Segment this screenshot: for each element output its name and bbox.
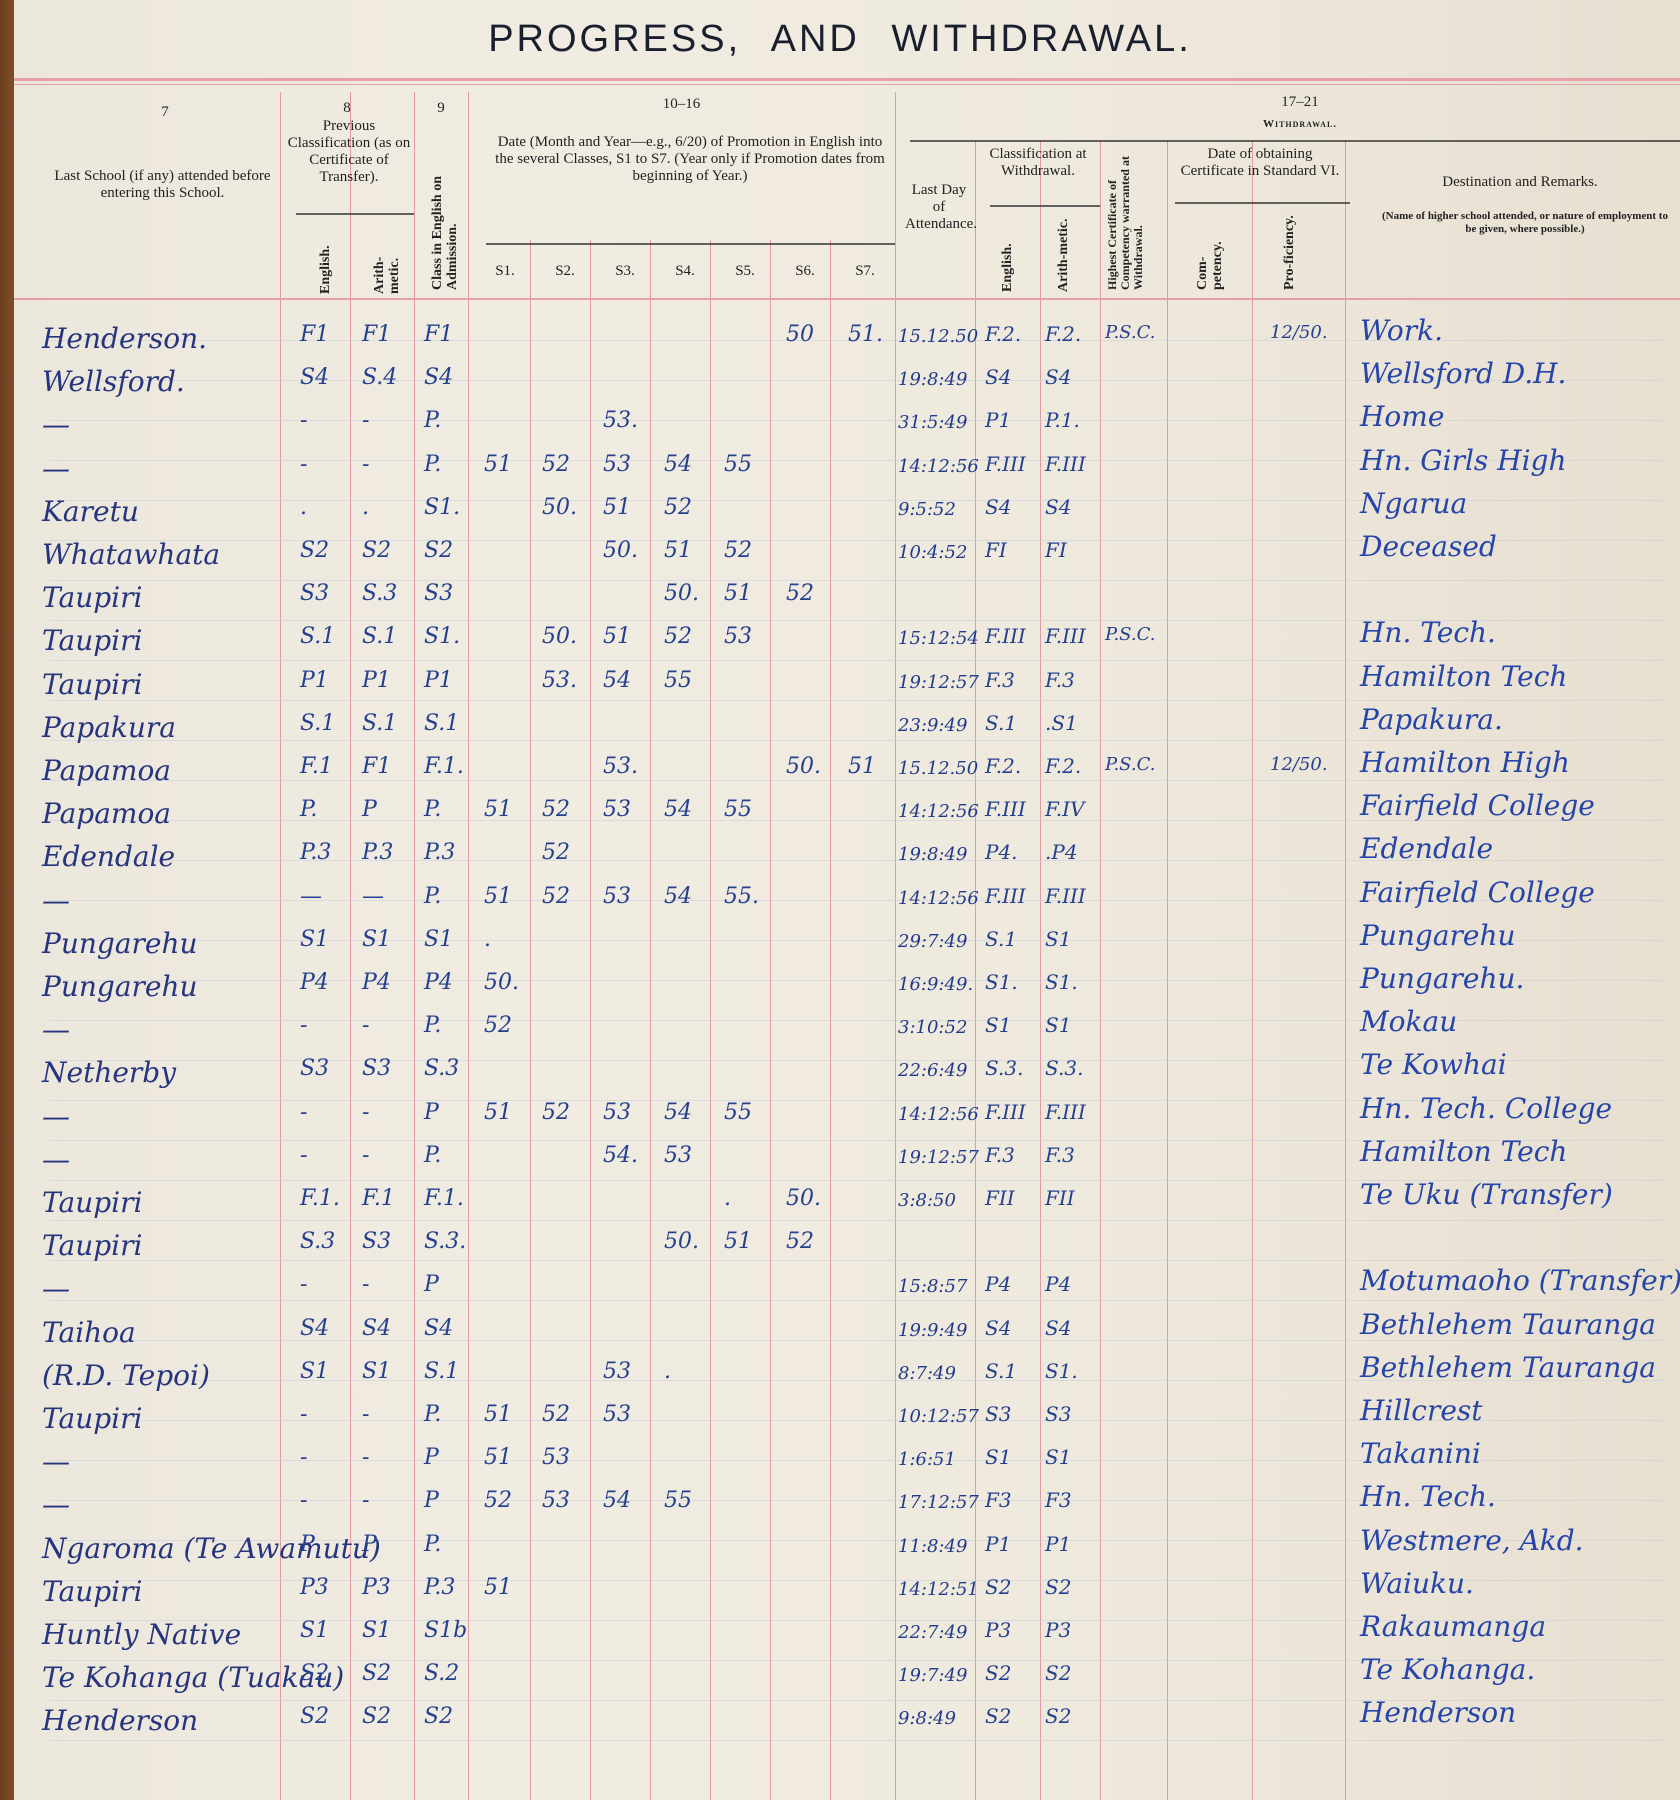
promo-s6: 50. <box>786 754 821 779</box>
class-at-withdrawal-label: Classification at Withdrawal. <box>976 146 1100 180</box>
destination-remarks: Pungarehu <box>1360 919 1516 952</box>
withdrawal-english-value: F.2. <box>985 322 1021 346</box>
table-row: Te Kohanga (Tuakau) S2 S2 S.2 19:7:49 S2… <box>0 1661 1680 1701</box>
last-day-of-attendance: 16:9:49. <box>898 974 973 995</box>
prev-arithmetic: . <box>362 495 369 520</box>
withdrawal-english-value: S.1 <box>985 711 1017 735</box>
withdrawal-english-value: P1 <box>985 408 1011 432</box>
withdrawal-english-value: S4 <box>985 1316 1011 1340</box>
class-on-admission: P.3 <box>424 1575 455 1600</box>
table-row: Netherby S3 S3 S.3 22:6:49 S.3. S.3. Te … <box>0 1056 1680 1096</box>
promo-s5: 55 <box>724 452 752 477</box>
last-day-of-attendance: 29:7:49 <box>898 931 967 952</box>
promo-s3: 54. <box>603 1143 638 1168</box>
prev-english: S2 <box>300 1661 329 1686</box>
promo-s6: 52 <box>786 1229 814 1254</box>
promo-s5: 51 <box>724 581 752 606</box>
std6-proficiency: Pro-ficiency. <box>1282 210 1297 290</box>
withdrawal-arithmetic-value: S.3. <box>1045 1056 1083 1080</box>
last-day-of-attendance: 1:6:51 <box>898 1449 956 1470</box>
promo-s1: 51 <box>484 1445 512 1470</box>
destination-remarks: Hn. Tech. <box>1360 616 1496 649</box>
withdrawal-arithmetic-value: F.3 <box>1045 1143 1075 1167</box>
destination-remarks: Motumaoho (Transfer) <box>1360 1264 1680 1297</box>
withdrawal-arithmetic-value: S3 <box>1045 1402 1071 1426</box>
destination-remarks: Te Kohanga. <box>1360 1653 1535 1686</box>
withdrawal-english-value: F3 <box>985 1488 1012 1512</box>
withdrawal-arithmetic-value: F.III <box>1045 624 1086 648</box>
withdrawal-arithmetic-value: S2 <box>1045 1575 1071 1599</box>
class-on-admission: P <box>424 1445 439 1470</box>
header-s1: S1. <box>480 263 530 280</box>
withdrawal-arithmetic: Arith-metic. <box>1056 214 1071 292</box>
class-on-admission: S.3 <box>424 1056 459 1081</box>
prev-english: P3 <box>300 1575 329 1600</box>
promo-s6: 52 <box>786 581 814 606</box>
withdrawal-arithmetic-value: S1. <box>1045 1359 1078 1383</box>
prev-english: . <box>300 495 307 520</box>
withdrawal-arithmetic-value: S2 <box>1045 1704 1071 1728</box>
withdrawal-english-value: P3 <box>985 1618 1011 1642</box>
promo-s5: . <box>724 1186 731 1211</box>
promo-s4: 50. <box>664 581 699 606</box>
last-school: Taupiri <box>42 668 142 701</box>
prev-english: F1 <box>300 322 329 347</box>
withdrawal-arithmetic-value: S4 <box>1045 365 1071 389</box>
destination-remarks: Wellsford D.H. <box>1360 357 1566 390</box>
promo-s3: 53 <box>603 452 631 477</box>
withdrawal-english-value: S4 <box>985 365 1011 389</box>
last-day-of-attendance: 15:12:54 <box>898 628 979 649</box>
promo-s4: . <box>664 1359 671 1384</box>
prev-arithmetic: - <box>362 1488 369 1513</box>
prev-english: S1 <box>300 1618 329 1643</box>
prev-english: P <box>300 1532 315 1557</box>
table-row: — - - P. 53. 31:5:49 P1 P.1. Home <box>0 408 1680 448</box>
destination-remarks: Bethlehem Tauranga <box>1360 1308 1656 1341</box>
promo-s2: 53 <box>542 1488 570 1513</box>
header-s7: S7. <box>840 263 890 280</box>
last-school: — <box>42 884 70 917</box>
withdrawal-english-value: F.III <box>985 624 1026 648</box>
promo-s2: 52 <box>542 884 570 909</box>
prev-arithmetic: P3 <box>362 1575 391 1600</box>
destination-remarks: Papakura. <box>1360 703 1503 736</box>
prev-arithmetic: - <box>362 1402 369 1427</box>
table-row: — - - P 51 52 53 54 55 14:12:56 F.III F.… <box>0 1100 1680 1140</box>
withdrawal-arithmetic-value: F.III <box>1045 452 1086 476</box>
destination-remarks: Waiuku. <box>1360 1567 1474 1600</box>
withdrawal-arithmetic-value: F.2. <box>1045 322 1081 346</box>
withdrawal-arithmetic-value: P.1. <box>1045 408 1080 432</box>
last-day-of-attendance: 19:9:49 <box>898 1320 967 1341</box>
table-row: Wellsford. S4 S.4 S4 19:8:49 S4 S4 Wells… <box>0 365 1680 405</box>
last-school: — <box>42 1488 70 1521</box>
withdrawal-english-value: F.3 <box>985 668 1015 692</box>
last-school: Edendale <box>42 840 175 873</box>
promo-s3: 53. <box>603 754 638 779</box>
class-on-admission: S2 <box>424 1704 453 1729</box>
prev-arithmetic: — <box>362 884 384 909</box>
withdrawal-subrule <box>910 140 1680 142</box>
last-day-of-attendance: 9:5:52 <box>898 499 956 520</box>
withdrawal-english-value: P1 <box>985 1532 1011 1556</box>
col9-label: Class in English on Admission. <box>430 150 464 290</box>
class-on-admission: P4 <box>424 970 453 995</box>
last-school: Papamoa <box>42 797 171 830</box>
promo-s3: 53 <box>603 1402 631 1427</box>
promo-s2: 50. <box>542 495 577 520</box>
destination-remarks: Fairfield College <box>1360 876 1595 909</box>
last-day-of-attendance: 17:12:57 <box>898 1492 979 1513</box>
class-withdrawal-subrule <box>990 205 1100 207</box>
prev-arithmetic: P1 <box>362 668 391 693</box>
prev-arithmetic: - <box>362 1272 369 1297</box>
col7-label: Last School (if any) attended before ent… <box>45 168 280 202</box>
withdrawal-arithmetic-value: F.III <box>1045 884 1086 908</box>
table-row: Huntly Native S1 S1 S1b 22:7:49 P3 P3 Ra… <box>0 1618 1680 1658</box>
promo-s3: 53 <box>603 1359 631 1384</box>
destination-remarks: Hn. Tech. College <box>1360 1092 1612 1125</box>
prev-english: P. <box>300 797 317 822</box>
promo-s5: 55. <box>724 884 759 909</box>
last-school: Huntly Native <box>42 1618 241 1651</box>
last-school: Taupiri <box>42 624 142 657</box>
last-school: — <box>42 1013 70 1046</box>
class-on-admission: F.1. <box>424 1186 464 1211</box>
promo-s4: 51 <box>664 538 692 563</box>
table-row: Pungarehu P4 P4 P4 50. 16:9:49. S1. S1. … <box>0 970 1680 1010</box>
prev-english: P.3 <box>300 840 331 865</box>
withdrawal-arithmetic-value: S1 <box>1045 1445 1071 1469</box>
class-on-admission: F.1. <box>424 754 464 779</box>
last-day-of-attendance: 22:6:49 <box>898 1060 967 1081</box>
class-on-admission: P <box>424 1488 439 1513</box>
promo-s3: 53 <box>603 1100 631 1125</box>
prev-english: - <box>300 1013 307 1038</box>
withdrawal-english-value: S1. <box>985 970 1018 994</box>
last-day-of-attendance: 19:7:49 <box>898 1665 967 1686</box>
promo-s3: 51 <box>603 495 631 520</box>
last-school: Netherby <box>42 1056 176 1089</box>
last-school: Taupiri <box>42 1186 142 1219</box>
promo-s2: 52 <box>542 1402 570 1427</box>
promo-s1: 51 <box>484 1402 512 1427</box>
col17-21-label: Withdrawal. <box>1200 118 1400 131</box>
withdrawal-english-value: F.III <box>985 1100 1026 1124</box>
withdrawal-arithmetic-value: S1 <box>1045 1013 1071 1037</box>
promo-s3: 51 <box>603 624 631 649</box>
class-on-admission: S.3. <box>424 1229 466 1254</box>
promo-s6: 50 <box>786 322 814 347</box>
table-row: Edendale P.3 P.3 P.3 52 19:8:49 P4. .P4 … <box>0 840 1680 880</box>
highest-certificate-value: P.S.C. <box>1105 624 1155 645</box>
destination-remarks: Takanini <box>1360 1437 1481 1470</box>
class-on-admission: S1. <box>424 495 460 520</box>
table-row: Taupiri P1 P1 P1 53. 54 55 19:12:57 F.3 … <box>0 668 1680 708</box>
promo-s5: 52 <box>724 538 752 563</box>
table-row: Pungarehu S1 S1 S1 . 29:7:49 S.1 S1 Pung… <box>0 927 1680 967</box>
class-on-admission: S1 <box>424 927 453 952</box>
prev-arithmetic: F1 <box>362 754 391 779</box>
class-on-admission: S4 <box>424 365 453 390</box>
promo-s1: 51 <box>484 452 512 477</box>
destination-remarks: Hamilton High <box>1360 746 1570 779</box>
col10-16-label: Date (Month and Year—e.g., 6/20) of Prom… <box>490 134 890 185</box>
last-day-of-attendance: 14:12:56 <box>898 1104 979 1125</box>
table-row: Taupiri S.3 S3 S.3. 50. 51 52 <box>0 1229 1680 1269</box>
header-top-rule-2 <box>14 84 1680 85</box>
header-s4: S4. <box>660 263 710 280</box>
last-day-of-attendance: 3:8:50 <box>898 1190 956 1211</box>
class-on-admission: P1 <box>424 668 453 693</box>
prev-arithmetic: P <box>362 797 377 822</box>
promo-s5: 55 <box>724 797 752 822</box>
header-s5: S5. <box>720 263 770 280</box>
prev-arithmetic: S1 <box>362 1359 391 1384</box>
last-day-of-attendance: 14:12:56 <box>898 456 979 477</box>
table-row: Papamoa P. P P. 51 52 53 54 55 14:12:56 … <box>0 797 1680 837</box>
class-on-admission: P. <box>424 1143 441 1168</box>
last-school: — <box>42 1445 70 1478</box>
last-school: — <box>42 452 70 485</box>
proficiency-date: 12/50. <box>1270 754 1328 775</box>
class-on-admission: P <box>424 1100 439 1125</box>
last-day-of-attendance: 31:5:49 <box>898 412 967 433</box>
prev-english: - <box>300 1272 307 1297</box>
last-school: Taupiri <box>42 1402 142 1435</box>
header-bottom-rule <box>14 298 1680 300</box>
table-row: — - - P. 51 52 53 54 55 14:12:56 F.III F… <box>0 452 1680 492</box>
class-on-admission: S.1 <box>424 1359 459 1384</box>
prev-arithmetic: S2 <box>362 1704 391 1729</box>
destination-remarks: Te Kowhai <box>1360 1048 1507 1081</box>
prev-english: - <box>300 1402 307 1427</box>
prev-arithmetic: - <box>362 1013 369 1038</box>
withdrawal-english-value: S2 <box>985 1704 1011 1728</box>
promo-s4: 55 <box>664 668 692 693</box>
promo-s4: 54 <box>664 884 692 909</box>
promo-s7: 51 <box>848 754 876 779</box>
destination-remarks: Hn. Girls High <box>1360 444 1567 477</box>
prev-arithmetic: S3 <box>362 1056 391 1081</box>
prev-english: - <box>300 1100 307 1125</box>
last-school: — <box>42 408 70 441</box>
table-row: Henderson. F1 F1 F1 50 51. 15.12.50 F.2.… <box>0 322 1680 362</box>
prev-arithmetic: - <box>362 452 369 477</box>
withdrawal-english-value: F.III <box>985 452 1026 476</box>
highest-certificate-value: P.S.C. <box>1105 322 1155 343</box>
prev-arithmetic: S.4 <box>362 365 397 390</box>
prev-english: S2 <box>300 1704 329 1729</box>
withdrawal-english-value: S2 <box>985 1575 1011 1599</box>
table-row: Taupiri - - P. 51 52 53 10:12:57 S3 S3 H… <box>0 1402 1680 1442</box>
header-s6: S6. <box>780 263 830 280</box>
promo-s1: 51 <box>484 797 512 822</box>
last-day-label: Last Day of Attendance. <box>905 182 973 233</box>
prev-arithmetic: S.1 <box>362 624 397 649</box>
table-row: Henderson S2 S2 S2 9:8:49 S2 S2 Henderso… <box>0 1704 1680 1744</box>
promo-s2: 52 <box>542 797 570 822</box>
last-school: (R.D. Tepoi) <box>42 1359 210 1392</box>
table-row: Taupiri S.1 S.1 S1. 50. 51 52 53 15:12:5… <box>0 624 1680 664</box>
prev-arithmetic: S2 <box>362 1661 391 1686</box>
destination-remarks: Work. <box>1360 314 1443 347</box>
promo-s3: 53. <box>603 408 638 433</box>
col8-english: English. <box>318 222 333 294</box>
prev-english: S3 <box>300 1056 329 1081</box>
prev-english: - <box>300 1143 307 1168</box>
prev-arithmetic: S.3 <box>362 581 397 606</box>
table-row: — - - P. 52 3:10:52 S1 S1 Mokau <box>0 1013 1680 1053</box>
withdrawal-arithmetic-value: P3 <box>1045 1618 1071 1642</box>
page-title: PROGRESS, AND WITHDRAWAL. <box>0 18 1680 61</box>
last-day-of-attendance: 8:7:49 <box>898 1363 956 1384</box>
header-s2: S2. <box>540 263 590 280</box>
promo-s2: 50. <box>542 624 577 649</box>
class-on-admission: P. <box>424 1532 441 1557</box>
withdrawal-english-value: S3 <box>985 1402 1011 1426</box>
withdrawal-english-value: FII <box>985 1186 1015 1210</box>
std6-label: Date of obtaining Certificate in Standar… <box>1175 146 1345 180</box>
withdrawal-arithmetic-value: P1 <box>1045 1532 1071 1556</box>
prev-arithmetic: - <box>362 1100 369 1125</box>
last-school: — <box>42 1100 70 1133</box>
prev-arithmetic: - <box>362 1143 369 1168</box>
withdrawal-english-value: S1 <box>985 1013 1011 1037</box>
last-day-of-attendance: 15.12.50 <box>898 326 978 347</box>
class-on-admission: P. <box>424 1013 441 1038</box>
prev-english: S2 <box>300 538 329 563</box>
promo-s2: 52 <box>542 452 570 477</box>
prev-english: F.1 <box>300 754 333 779</box>
promo-s4: 54 <box>664 1100 692 1125</box>
prev-english: - <box>300 1488 307 1513</box>
class-on-admission: P.3 <box>424 840 455 865</box>
last-school: Taupiri <box>42 1229 142 1262</box>
promo-s2: 53. <box>542 668 577 693</box>
prev-english: - <box>300 408 307 433</box>
prev-english: P1 <box>300 668 329 693</box>
withdrawal-english-value: F.III <box>985 884 1026 908</box>
prev-arithmetic: F.1 <box>362 1186 395 1211</box>
destination-remarks: Hn. Tech. <box>1360 1480 1496 1513</box>
table-row: (R.D. Tepoi) S1 S1 S.1 53 . 8:7:49 S.1 S… <box>0 1359 1680 1399</box>
class-on-admission: P. <box>424 408 441 433</box>
promo-s1: 52 <box>484 1488 512 1513</box>
promo-s7: 51. <box>848 322 883 347</box>
withdrawal-arithmetic-value: F.IV <box>1045 797 1084 821</box>
proficiency-date: 12/50. <box>1270 322 1328 343</box>
class-on-admission: S.1 <box>424 711 459 736</box>
last-day-of-attendance: 19:8:49 <box>898 844 967 865</box>
last-day-of-attendance: 19:12:57 <box>898 672 979 693</box>
prev-english: F.1. <box>300 1186 340 1211</box>
col8-arithmetic: Arith-metic. <box>372 222 402 294</box>
destination-remarks: Henderson <box>1360 1696 1516 1729</box>
last-day-of-attendance: 15.12.50 <box>898 758 978 779</box>
table-row: Taupiri P3 P3 P.3 51 14:12:51 S2 S2 Waiu… <box>0 1575 1680 1615</box>
promo-s4: 54 <box>664 452 692 477</box>
promo-s3: 50. <box>603 538 638 563</box>
prev-arithmetic: P.3 <box>362 840 393 865</box>
table-row: Taupiri F.1. F.1 F.1. . 50. 3:8:50 FII F… <box>0 1186 1680 1226</box>
promo-s6: 50. <box>786 1186 821 1211</box>
col10-16-subrule <box>486 243 895 245</box>
last-day-of-attendance: 14:12:51 <box>898 1579 979 1600</box>
destination-remarks: Home <box>1360 400 1444 433</box>
col7-number: 7 <box>50 104 280 121</box>
promo-s1: 51 <box>484 1575 512 1600</box>
col9-number: 9 <box>414 100 468 117</box>
promo-s5: 51 <box>724 1229 752 1254</box>
col8-number: 8 <box>280 100 414 117</box>
table-row: Taihoa S4 S4 S4 19:9:49 S4 S4 Bethlehem … <box>0 1316 1680 1356</box>
last-school: Pungarehu <box>42 970 198 1003</box>
prev-english: S.1 <box>300 624 335 649</box>
withdrawal-arithmetic-value: FII <box>1045 1186 1075 1210</box>
promo-s2: 52 <box>542 840 570 865</box>
destination-label: Destination and Remarks. <box>1380 174 1660 191</box>
table-row: Papamoa F.1 F1 F.1. 53. 50. 51 15.12.50 … <box>0 754 1680 794</box>
withdrawal-english-value: S4 <box>985 495 1011 519</box>
table-row: Taupiri S3 S.3 S3 50. 51 52 <box>0 581 1680 621</box>
class-on-admission: S3 <box>424 581 453 606</box>
destination-remarks: Ngarua <box>1360 487 1467 520</box>
class-on-admission: P. <box>424 884 441 909</box>
prev-arithmetic: S.1 <box>362 711 397 736</box>
promo-s3: 53 <box>603 797 631 822</box>
prev-arithmetic: P <box>362 1532 377 1557</box>
promo-s1: . <box>484 927 491 952</box>
promo-s4: 50. <box>664 1229 699 1254</box>
promo-s2: 52 <box>542 1100 570 1125</box>
promo-s5: 55 <box>724 1100 752 1125</box>
prev-arithmetic: S3 <box>362 1229 391 1254</box>
withdrawal-english-value: F.3 <box>985 1143 1015 1167</box>
prev-english: - <box>300 1445 307 1470</box>
withdrawal-arithmetic-value: P4 <box>1045 1272 1071 1296</box>
destination-remarks: Hillcrest <box>1360 1394 1483 1427</box>
last-day-of-attendance: 14:12:56 <box>898 888 979 909</box>
prev-english: - <box>300 452 307 477</box>
destination-remarks: Westmere, Akd. <box>1360 1524 1584 1557</box>
class-on-admission: S1. <box>424 624 460 649</box>
last-day-of-attendance: 14:12:56 <box>898 801 979 822</box>
col10-16-number: 10–16 <box>468 96 895 113</box>
prev-english: S3 <box>300 581 329 606</box>
withdrawal-arithmetic-value: FI <box>1045 538 1067 562</box>
table-row: — - - P. 54. 53 19:12:57 F.3 F.3 Hamilto… <box>0 1143 1680 1183</box>
withdrawal-english-value: P4 <box>985 1272 1011 1296</box>
table-row: Whatawhata S2 S2 S2 50. 51 52 10:4:52 FI… <box>0 538 1680 578</box>
last-day-of-attendance: 3:10:52 <box>898 1017 967 1038</box>
prev-arithmetic: S1 <box>362 927 391 952</box>
withdrawal-arithmetic-value: S2 <box>1045 1661 1071 1685</box>
destination-remarks: Pungarehu. <box>1360 962 1524 995</box>
withdrawal-arithmetic-value: F.III <box>1045 1100 1086 1124</box>
last-day-of-attendance: 15:8:57 <box>898 1276 967 1297</box>
withdrawal-english: English. <box>1000 214 1015 292</box>
last-day-of-attendance: 19:12:57 <box>898 1147 979 1168</box>
last-day-of-attendance: 19:8:49 <box>898 369 967 390</box>
class-on-admission: P. <box>424 1402 441 1427</box>
prev-english: S4 <box>300 365 329 390</box>
table-row: Papakura S.1 S.1 S.1 23:9:49 S.1 .S1 Pap… <box>0 711 1680 751</box>
prev-arithmetic: S1 <box>362 1618 391 1643</box>
class-on-admission: P. <box>424 452 441 477</box>
destination-remarks: Mokau <box>1360 1005 1457 1038</box>
